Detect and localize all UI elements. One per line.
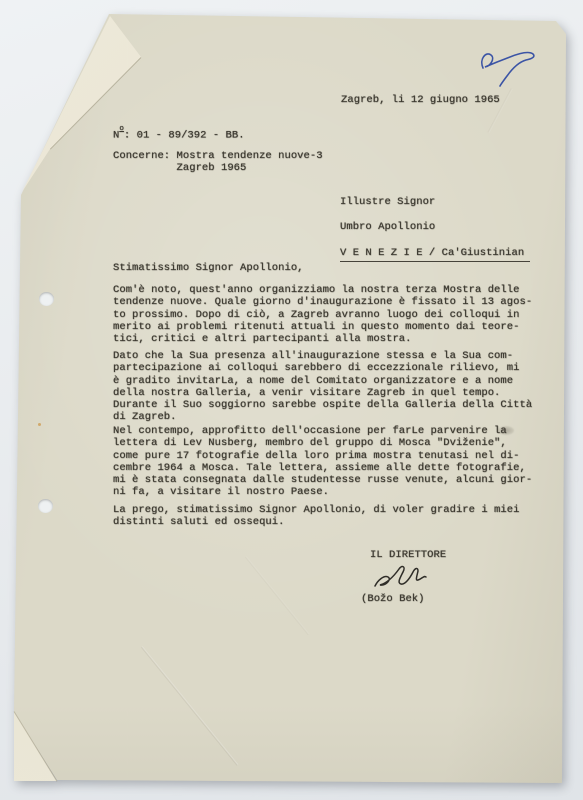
date-line: Zagreb, li 12 giugno 1965 [341,94,500,106]
ref-rest: : 01 - 89/392 - BB. [124,130,245,142]
recipient-name: Umbro Apollonio [340,221,530,233]
signed-name: (Božo Bek) [361,593,425,605]
recipient-title: Illustre Signor [340,196,530,208]
paper-speck [38,423,41,426]
punch-hole-top [39,292,54,306]
paragraph-1: Com'è noto, quest'anno organizziamo la n… [113,284,532,345]
scanned-letter-page: Zagreb, li 12 giugno 1965 No: 01 - 89/39… [0,0,583,800]
paragraph-3: Nel contempo, approfitto dell'occasione … [113,425,532,499]
salutation: Stimatissimo Signor Apollonio, [113,262,304,274]
handwritten-initials-blue-icon [476,45,544,87]
ref-ordinal: o [119,125,124,133]
paragraph-4: La prego, stimatissimo Signor Apollonio,… [113,504,519,529]
handwritten-signature-icon [372,561,428,591]
recipient-city: V E N E Z I E / Ca'Giustinian [340,247,530,261]
reference-number: No: 01 - 89/392 - BB. [113,126,245,142]
recipient-block: Illustre Signor Umbro Apollonio V E N E … [340,184,530,274]
closing-title: IL DIRETTORE [370,549,446,561]
subject-line: Concerne: Mostra tendenze nuove-3 Zagreb… [113,150,323,175]
paragraph-2: Dato che la Sua presenza all'inaugurazio… [113,350,532,424]
punch-hole-bottom [38,499,53,513]
paper-shadow-wrap: Zagreb, li 12 giugno 1965 No: 01 - 89/39… [0,0,583,800]
